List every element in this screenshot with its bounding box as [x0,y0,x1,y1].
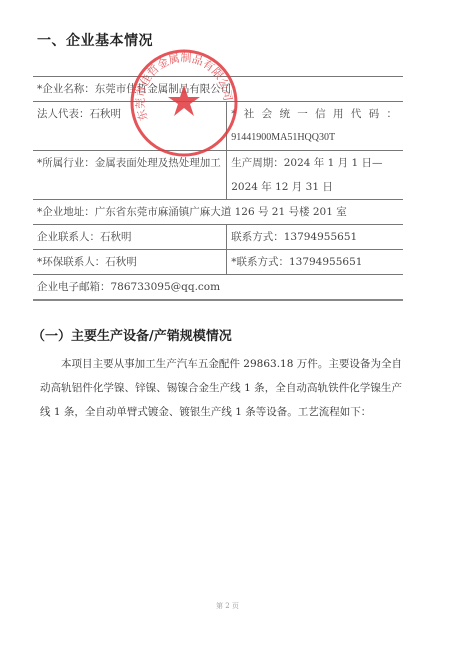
contact-phone-cell: 联系方式：13794955651 [227,225,403,250]
table-row: *企业地址：广东省东莞市麻涌镇广麻大道 126 号 21 号楼 201 室 [33,200,403,225]
production-period-cell: 生产周期：2024 年 1 月 1 日—2024 年 12 月 31 日 [227,151,403,200]
table-row: 法人代表：石秋明 * 社 会 统 一 信 用 代 码 ： 91441900MA5… [33,102,403,151]
env-contact-phone-cell: *联系方式：13794955651 [227,250,403,275]
table-row: *企业名称：东莞市佳哲金属制品有限公司 [33,77,403,102]
page-number: 第 2 页 [216,601,239,611]
table-row: 企业电子邮箱：786733095@qq.com [33,275,403,301]
credit-code-label: * 社 会 统 一 信 用 代 码 ： [231,102,399,126]
company-name-cell: *企业名称：东莞市佳哲金属制品有限公司 [33,77,403,102]
section-title-company-info: 一、企业基本情况 [37,30,153,50]
table-row: *所属行业：金属表面处理及热处理加工 生产周期：2024 年 1 月 1 日—2… [33,151,403,200]
industry-cell: *所属行业：金属表面处理及热处理加工 [33,151,227,200]
company-info-table: *企业名称：东莞市佳哲金属制品有限公司 法人代表：石秋明 * 社 会 统 一 信… [33,76,403,301]
production-paragraph: 本项目主要从事加工生产汽车五金配件 29863.18 万件。主要设备为全自动高轨… [40,352,402,424]
credit-code-cell: * 社 会 统 一 信 用 代 码 ： 91441900MA51HQQ30T [227,102,403,151]
legal-rep-cell: 法人代表：石秋明 [33,102,227,151]
address-cell: *企业地址：广东省东莞市麻涌镇广麻大道 126 号 21 号楼 201 室 [33,200,403,225]
contact-person-cell: 企业联系人：石秋明 [33,225,227,250]
env-contact-cell: *环保联系人：石秋明 [33,250,227,275]
table-row: 企业联系人：石秋明 联系方式：13794955651 [33,225,403,250]
email-cell: 企业电子邮箱：786733095@qq.com [33,275,403,301]
section-title-production: （一）主要生产设备/产销规模情况 [32,325,232,344]
credit-code-value: 91441900MA51HQQ30T [231,126,399,150]
table-row: *环保联系人：石秋明 *联系方式：13794955651 [33,250,403,275]
